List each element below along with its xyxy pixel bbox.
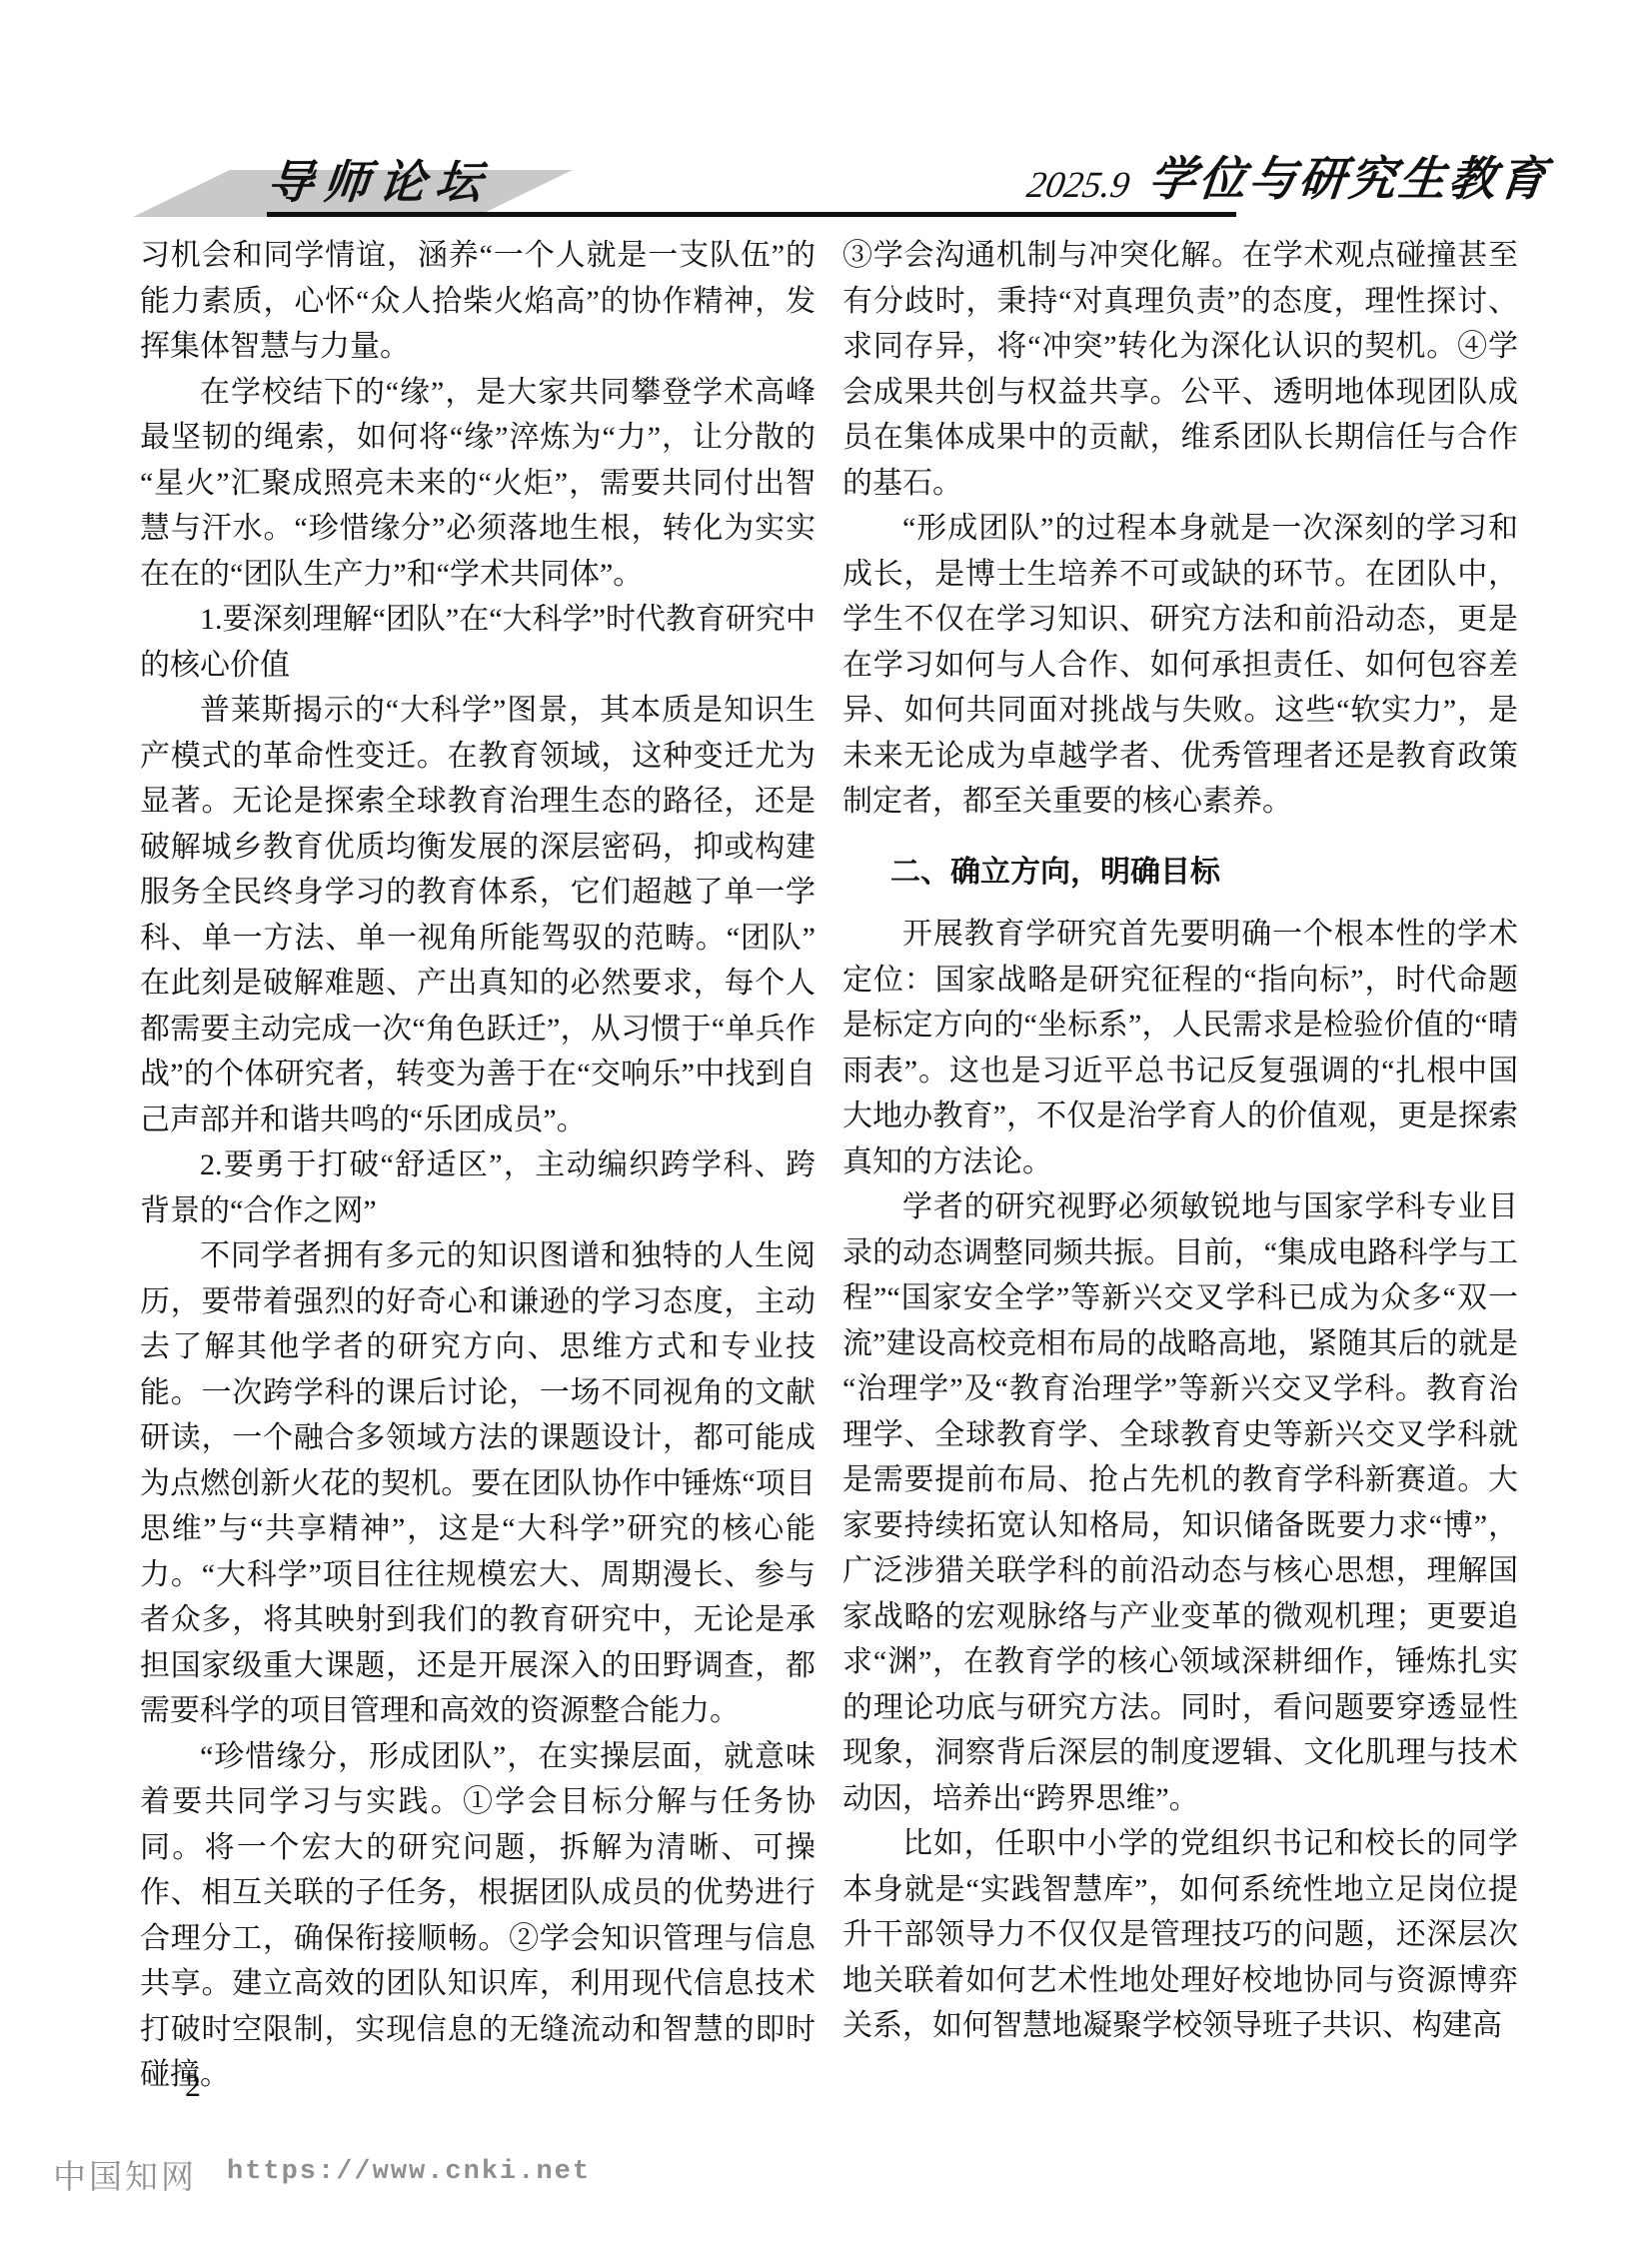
paragraph: 比如，任职中小学的党组织书记和校长的同学本身就是“实践智慧库”，如何系统性地立足… <box>842 1821 1518 2049</box>
journal-title: 学位与研究生教育 <box>1145 142 1552 209</box>
left-column: 习机会和同学情谊，涵养“一个人就是一支队伍”的能力素质，心怀“众人拾柴火焰高”的… <box>140 233 816 2098</box>
paragraph: 学者的研究视野必须敏锐地与国家学科专业目录的动态调整同频共振。目前，“集成电路科… <box>842 1184 1518 1821</box>
paragraph: “珍惜缘分，形成团队”，在实操层面，就意味着要共同学习与实践。①学会目标分解与任… <box>140 1734 816 2098</box>
paragraph: 普莱斯揭示的“大科学”图景，其本质是知识生产模式的革命性变迁。在教育领域，这种变… <box>140 688 816 1142</box>
cnki-watermark-name: 中国知网 <box>53 2151 197 2198</box>
journal-issue: 2025.9 <box>1023 164 1133 209</box>
section-banner-label: 导师论坛 <box>265 146 496 212</box>
paragraph: 在学校结下的“缘”，是大家共同攀登学术高峰最坚韧的绳索，如何将“缘”淬炼为“力”… <box>140 370 816 598</box>
paragraph: 开展教育学研究首先要明确一个根本性的学术定位：国家战略是研究征程的“指向标”，时… <box>842 912 1518 1184</box>
paragraph: 习机会和同学情谊，涵养“一个人就是一支队伍”的能力素质，心怀“众人拾柴火焰高”的… <box>140 233 816 370</box>
right-column: ③学会沟通机制与冲突化解。在学术观点碰撞甚至有分歧时，秉持“对真理负责”的态度，… <box>842 233 1518 2049</box>
paragraph: “形成团队”的过程本身就是一次深刻的学习和成长，是博士生培养不可或缺的环节。在团… <box>842 506 1518 825</box>
cnki-watermark-url: https://www.cnki.net <box>227 2157 591 2187</box>
page-number: 2 <box>185 2067 201 2104</box>
section-heading: 二、确立方向，明确目标 <box>842 850 1518 896</box>
journal-page: 导师论坛 2025.9 学位与研究生教育 习机会和同学情谊，涵养“一个人就是一支… <box>0 0 1652 2244</box>
paragraph: 不同学者拥有多元的知识图谱和独特的人生阅历，要带着强烈的好奇心和谦逊的学习态度，… <box>140 1233 816 1734</box>
journal-masthead: 2025.9 学位与研究生教育 <box>1027 145 1549 209</box>
paragraph: ③学会沟通机制与冲突化解。在学术观点碰撞甚至有分歧时，秉持“对真理负责”的态度，… <box>842 233 1518 506</box>
paragraph: 1.要深刻理解“团队”在“大科学”时代教育研究中的核心价值 <box>140 597 816 688</box>
header-rule <box>267 212 1236 217</box>
paragraph: 2.要勇于打破“舒适区”，主动编织跨学科、跨背景的“合作之网” <box>140 1142 816 1233</box>
